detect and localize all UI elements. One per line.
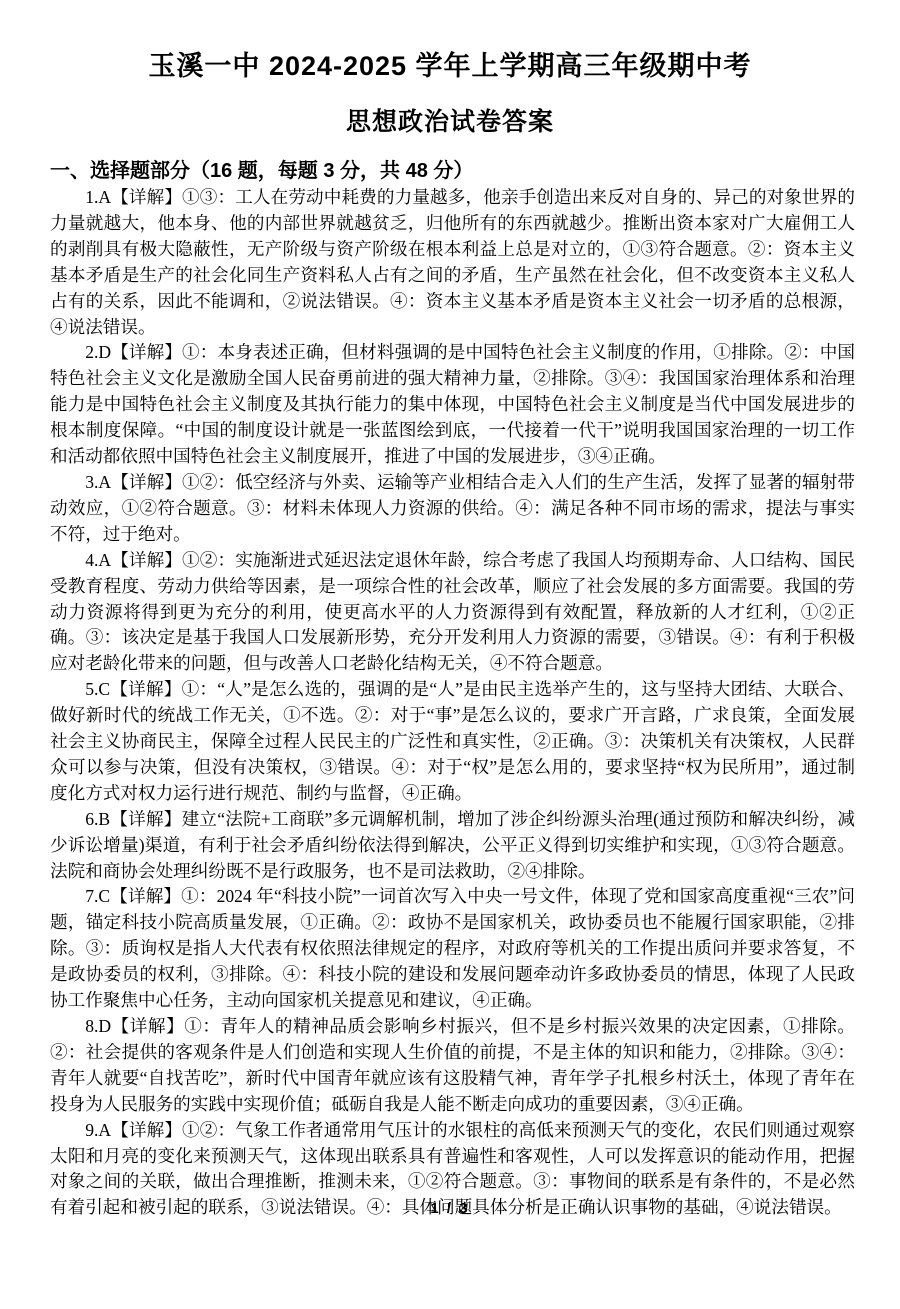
- exam-answer-page: 玉溪一中 2024-2025 学年上学期高三年级期中考 思想政治试卷答案 一、选…: [0, 0, 900, 1309]
- answer-paragraph-4: 4.A【详解】①②：实施渐进式延迟法定退休年龄，综合考虑了我国人均预期寿命、人口…: [50, 548, 855, 678]
- answer-paragraph-5: 5.C【详解】①：“人”是怎么选的，强调的是“人”是由民主选举产生的，这与坚持大…: [50, 677, 855, 807]
- answer-paragraph-3: 3.A【详解】①②：低空经济与外卖、运输等产业相结合走入人们的生产生活，发挥了显…: [50, 470, 855, 548]
- page-number: 1 / 3: [0, 1200, 900, 1217]
- answer-paragraph-2: 2.D【详解】①：本身表述正确，但材料强调的是中国特色社会主义制度的作用，①排除…: [50, 340, 855, 470]
- page-subtitle: 思想政治试卷答案: [0, 102, 900, 138]
- answers-body: 1.A【详解】①③：工人在劳动中耗费的力量越多，他亲手创造出来反对自身的、异己的…: [50, 185, 855, 1221]
- page-title: 玉溪一中 2024-2025 学年上学期高三年级期中考: [0, 44, 900, 83]
- answer-paragraph-6: 6.B【详解】建立“法院+工商联”多元调解机制，增加了涉企纠纷源头治理(通过预防…: [50, 807, 855, 885]
- answer-paragraph-8: 8.D【详解】①：青年人的精神品质会影响乡村振兴，但不是乡村振兴效果的决定因素，…: [50, 1014, 855, 1118]
- answer-paragraph-7: 7.C【详解】①：2024 年“科技小院”一词首次写入中央一号文件，体现了党和国…: [50, 884, 855, 1014]
- section-heading-multiple-choice: 一、选择题部分（16 题，每题 3 分，共 48 分）: [50, 154, 855, 183]
- answer-paragraph-1: 1.A【详解】①③：工人在劳动中耗费的力量越多，他亲手创造出来反对自身的、异己的…: [50, 185, 855, 340]
